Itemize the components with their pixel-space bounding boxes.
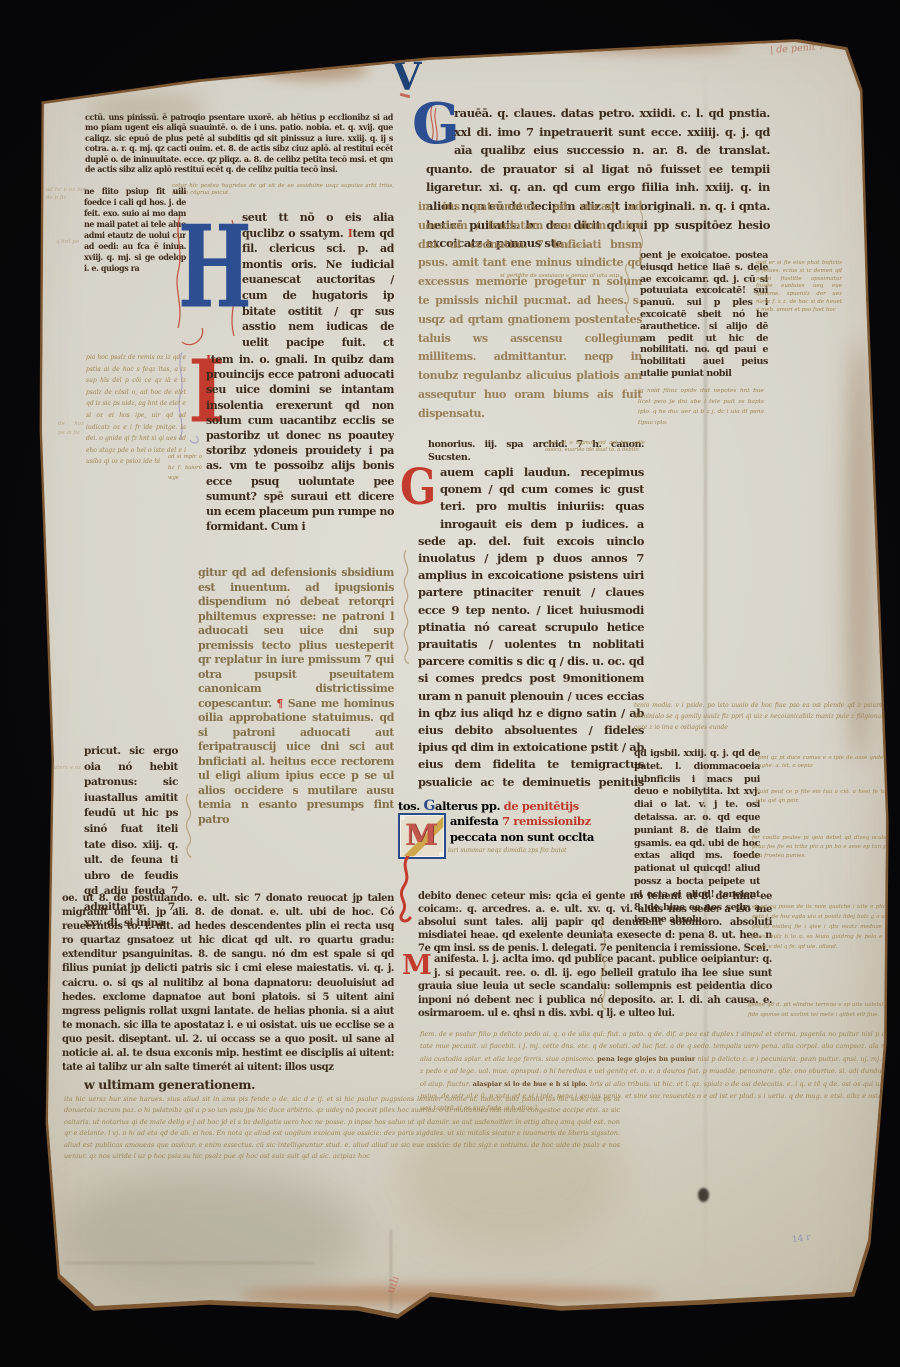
interlinear-note-2: si geridite de assiuiaco e penua al uita… <box>500 272 640 282</box>
margin-smudge-left-2: q hnt pe <box>56 238 86 262</box>
penwork-flourish <box>178 792 200 862</box>
dark-phrase-2: alaspiar si lo de bue e h si iplo. <box>473 1080 590 1088</box>
margin-note-right-1: aud er si fie eius phat bnficiis p feiue… <box>756 260 842 316</box>
galterus-initial: G <box>423 798 435 814</box>
main-text-center: auem capli laudun. recepimus qonem / qd … <box>418 464 644 792</box>
initial-I-red: I <box>184 348 206 438</box>
marginal-note-honorius: casy qd o iugmas eid aet bez suile assic… <box>545 440 645 462</box>
main-col-left-lower: gitur qd ad defensionis sbsidium est inu… <box>198 566 394 886</box>
margin-smudge-left-3: de hoz pe ai fiz <box>58 420 84 482</box>
commentary-col-left-upper: ne fiito psiup fit uili foedce i cali qd… <box>84 186 186 346</box>
gloss-band-right: tenlo modia. v i pside. po isto uualo de… <box>634 700 896 748</box>
initial-wrap-spacer <box>206 224 242 342</box>
gold-dot <box>439 852 443 856</box>
commentary-bottom-left-endline: w ultimam generationem. <box>84 1076 296 1096</box>
margin-note-right-4: fer coulta peulee pi qeia debet qd diveq… <box>752 834 890 880</box>
commentary-top-left: cctū. uns pinissū. ē patroqio psentare u… <box>85 112 393 185</box>
marginal-note-tiny: ad si mplr o bz f. baiorū wge <box>168 452 202 498</box>
interlinear-gloss-top: cetur hic postea hugretos de qd sit de e… <box>172 183 394 198</box>
main-col-left-upper: seut tt nō o eis alia quclibz o ssatym. … <box>206 210 394 352</box>
initial-wrap-spacer <box>418 464 440 522</box>
illuminated-initial-M: M <box>398 813 446 859</box>
wrinkle-bottom-left <box>64 1262 314 1264</box>
margin-note-right-6: gedne qd d. pit elindne terreno e sp uit… <box>748 1000 884 1056</box>
penwork-flourish <box>398 548 414 668</box>
paraph-mark: ¶ <box>276 697 283 710</box>
manuscript-photo: V | de penit 7 cctū. uns pinissū. ē patr… <box>0 0 900 1367</box>
fold-crease-bottom <box>390 1230 392 1310</box>
penwork-flourish <box>620 262 634 322</box>
margin-note-right-5: et qd eq posse de iis noie qualche i uit… <box>752 902 892 996</box>
penwork-flourish <box>634 198 648 268</box>
main-col-right-upper: oent je exoicatoe. postea eiusqd hetice … <box>640 250 768 380</box>
commentary-bottom-left: oe. ut 8. de postulando. e. ult. sic 7 d… <box>62 892 394 1076</box>
gold-dot <box>401 816 405 820</box>
dark-phrase-1: pena lege glojes bn puniur <box>597 1055 695 1063</box>
rubric-red-1: de penitētijs <box>504 799 579 813</box>
initial-tail-flourish <box>394 856 418 926</box>
initial-wrap-spacer <box>426 104 454 146</box>
chapter-rubric-group: tos. Galterus pp. de penitētijs anifesta… <box>398 798 646 864</box>
rubric-line-1: tos. Galterus pp. de penitētijs <box>398 798 646 814</box>
margin-smudge-left-1: ad hc e oz iuo de p fiz <box>46 186 86 230</box>
note-under-right-col: iq noid filioz opide dut nepotes hnt bue… <box>638 386 764 432</box>
gloss-col-center: in ius patronatus. ad uocaq ad uocaiam /… <box>418 198 642 462</box>
stain-right-edge <box>846 340 872 760</box>
penwork-flourish <box>594 918 612 1014</box>
rubric-red-2: 7 remissionibz <box>502 814 591 828</box>
margin-note-right-2: pmi qz pt duce comus e o iple de asse qn… <box>758 754 890 780</box>
margin-note-right-3: fluid peut ce p fite eio tua a ciò. a he… <box>756 788 886 828</box>
main-col-left-mid: Item in. o. gnali. In quibz dam prouinci… <box>206 352 394 566</box>
initial-wrap-spacer <box>418 953 434 980</box>
parchment-leaf: V | de penit 7 cctū. uns pinissū. ē patr… <box>0 0 900 1367</box>
main-col-right-lower: qd igsbil. xxiij. q. j. qd de patet. l. … <box>634 748 760 928</box>
interlinear-note-1: sub uar hos <box>560 242 622 252</box>
bottom-blue-mark: 14 r <box>791 1233 811 1245</box>
margin-smudge-left-4: puters e oz. <box>50 764 88 792</box>
